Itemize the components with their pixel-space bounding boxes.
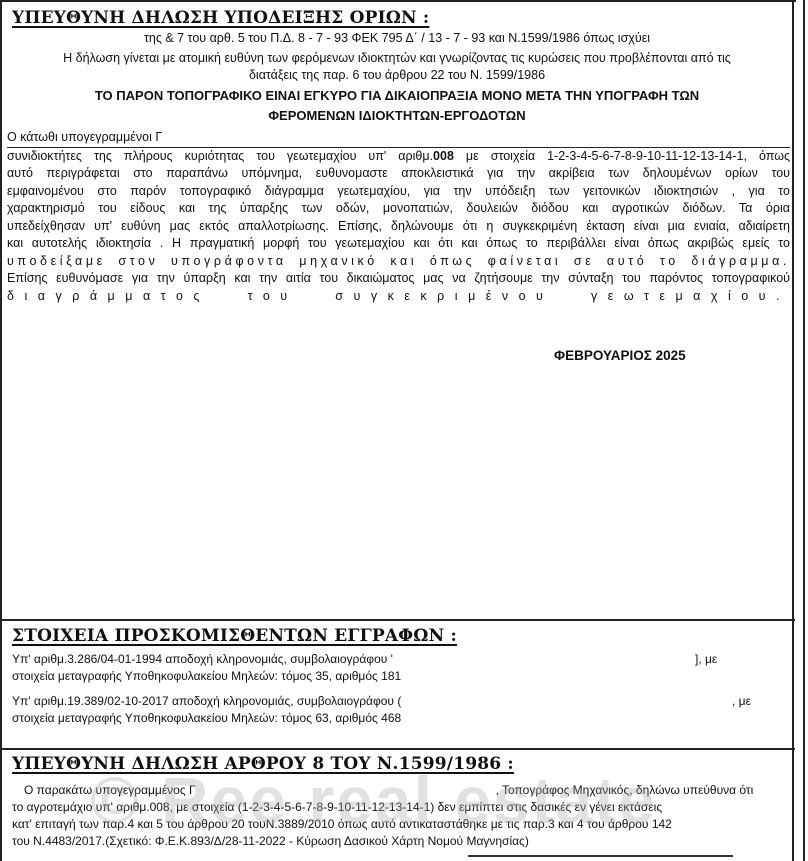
signatories-line: Ο κάτωθι υπογεγραμμένοι Γ [7,129,790,148]
documents-heading: ΣΤΟΙΧΕΙΑ ΠΡΟΣΚΟΜΙΣΘΕΝΤΩΝ ΕΓΓΡΑΦΩΝ : [12,626,457,646]
responsibility-line-cont: διατάξεις της παρ. 6 του άρθρου 22 του Ν… [2,67,792,84]
body-line: εμφαινομένου στο παρόν τοπογραφικό διάγρ… [7,183,790,201]
body-line: αυτό περιγράφεται στο παραπάνω υπόμνημα,… [7,165,790,183]
declaration-date: ΦΕΒΡΟΥΑΡΙΟΣ 2025 [554,348,686,363]
body-line: συνιδιοκτήτες της πλήρους κυριότητας του… [7,148,790,166]
document-outer-right-border [803,0,805,861]
validity-notice-cont: ΦΕΡΟΜΕΝΩΝ ΙΔΙΟΚΤΗΤΩΝ-ΕΡΓΟΔΟΤΩΝ [2,107,792,124]
body-line: υποδείξαμε στον υπογράφοντα μηχανικό και… [7,253,790,271]
document-entry: Υπ' αριθμ.3.286/04-01-1994 αποδοχή κληρο… [12,651,401,684]
responsibility-line: Η δήλωση γίνεται με ατομική ευθύνη των φ… [2,50,792,67]
body-line: και αυτοτελής ιδιοκτησία . Η πραγματική … [7,235,790,253]
section-divider [0,748,795,750]
body-line: διαγράμματος του συγκεκριμένου γεωτεμαχί… [7,288,790,306]
declaration-heading: ΥΠΕΥΘΥΝΗ ΔΗΛΩΣΗ ΥΠΟΔΕΙΞΗΣ ΟΡΙΩΝ : [12,8,429,28]
signature-line [468,855,733,857]
article8-heading: ΥΠΕΥΘΥΝΗ ΔΗΛΩΣΗ ΑΡΘΡΟΥ 8 ΤΟΥ Ν.1599/1986… [12,754,514,774]
document-right-border [792,0,794,861]
body-line: υπεδείχθησαν υπ' ευθύνη μας εκτός απαλλο… [7,218,790,236]
parcel-number: 008 [433,149,454,163]
document-entry: Υπ' αριθμ.19.389/02-10-2017 αποδοχή κληρ… [12,693,401,726]
declaration-body: Ο κάτωθι υπογεγραμμένοι Γ συνιδιοκτήτες … [7,129,790,305]
article8-body: Ο παρακάτω υπογεγραμμένος Γ, Τοπογράφος … [12,782,790,850]
legal-reference-line: της & 7 του αρθ. 5 του Π.Δ. 8 - 7 - 93 Φ… [2,30,792,47]
document-top-border [0,0,796,2]
body-line: χαρακτηρισμό του είδους και της ύπαρξης … [7,200,790,218]
document-left-border [0,0,2,861]
body-line: Επίσης ευθυνόμασε για την ύπαρξη και την… [7,270,790,288]
section-divider [0,619,795,621]
validity-notice: ΤΟ ΠΑΡΟΝ ΤΟΠΟΓΡΑΦΙΚΟ ΕΙΝΑΙ ΕΓΚΥΡΟ ΓΙΑ ΔΙ… [2,87,792,104]
redacted-names [162,131,722,141]
